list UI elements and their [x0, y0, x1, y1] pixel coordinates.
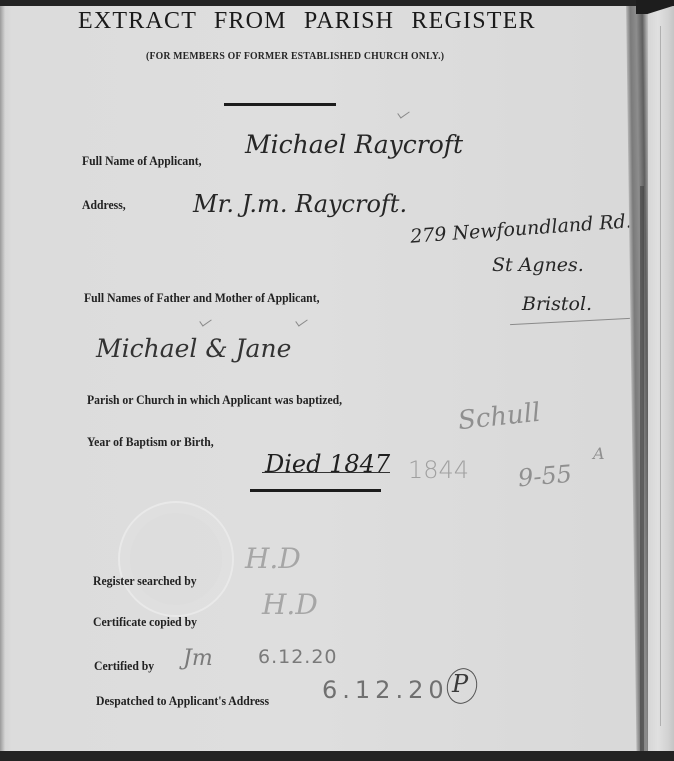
- document-subtitle: (FOR MEMBERS OF FORMER ESTABLISHED CHURC…: [146, 51, 444, 62]
- pencil-reference-suffix: A: [593, 444, 605, 463]
- adjacent-page-edge: [648, 6, 674, 751]
- binding-shadow: [640, 186, 644, 751]
- parish-label: Parish or Church in which Applicant was …: [87, 392, 342, 408]
- register-searched-value: H.D: [245, 542, 301, 575]
- certified-date: 6.12.20: [258, 646, 338, 668]
- address-underline: [510, 318, 630, 325]
- certificate-copied-label: Certificate copied by: [93, 614, 197, 630]
- address-line-2: 279 Newfoundland Rd.: [410, 210, 633, 247]
- certificate-copied-value: H.D: [262, 588, 318, 621]
- year-value: Died 1847: [265, 450, 390, 478]
- parents-label: Full Names of Father and Mother of Appli…: [84, 290, 320, 306]
- register-searched-label: Register searched by: [93, 573, 197, 589]
- despatched-date: 6.12.20: [322, 676, 449, 704]
- pencil-year: 1844: [408, 456, 469, 484]
- certified-label: Certified by: [94, 658, 154, 674]
- parents-value: Michael & Jane: [96, 334, 291, 363]
- year-label: Year of Baptism or Birth,: [87, 434, 214, 450]
- full-name-label: Full Name of Applicant,: [82, 153, 202, 169]
- check-mark-icon: [199, 315, 211, 326]
- parish-value: Schull: [457, 398, 542, 436]
- address-label: Address,: [82, 197, 126, 213]
- page-left-shadow: [0, 6, 5, 751]
- check-mark-icon: [295, 315, 307, 326]
- address-line-1: Mr. J.m. Raycroft.: [193, 190, 407, 218]
- despatched-label: Despatched to Applicant's Address: [96, 693, 269, 709]
- pencil-reference: 9-55: [517, 460, 573, 493]
- address-line-3: St Agnes.: [492, 254, 584, 276]
- address-line-4: Bristol.: [522, 293, 592, 315]
- despatched-initials: P: [452, 670, 468, 698]
- year-underline: [262, 472, 390, 473]
- page-edge-line: [660, 26, 661, 726]
- check-mark-icon: [397, 107, 409, 118]
- title-rule: [224, 103, 336, 106]
- certified-signature: Jm: [183, 646, 213, 671]
- embossed-seal-icon: [118, 501, 234, 617]
- section-rule: [250, 489, 381, 492]
- scan-bottom-border: [0, 751, 674, 761]
- full-name-value: Michael Raycroft: [245, 130, 463, 159]
- document-title: EXTRACT FROM PARISH REGISTER: [78, 8, 536, 35]
- register-extract-page: EXTRACT FROM PARISH REGISTER (FOR MEMBER…: [0, 6, 674, 751]
